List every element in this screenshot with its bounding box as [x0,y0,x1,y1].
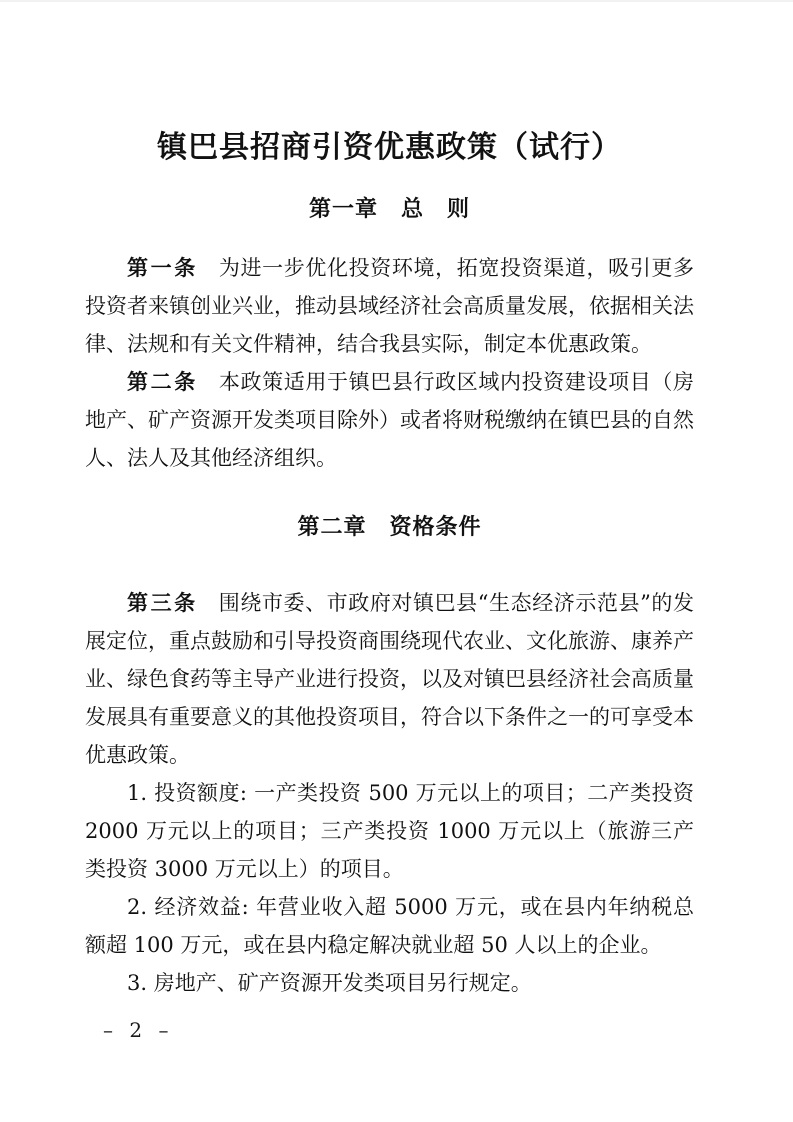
condition-item-1: 1. 投资额度: 一产类投资 500 万元以上的项目；二产类投资 2000 万元… [85,774,694,888]
document-title: 镇巴县招商引资优惠政策（试行） [85,126,694,170]
condition-item-2: 2. 经济效益: 年营业收入超 5000 万元，或在县内年纳税总额超 100 万… [85,888,694,964]
chapter-2-body: 第三条围绕市委、市政府对镇巴县“生态经济示范县”的发展定位，重点鼓励和引导投资商… [85,584,694,1002]
article-3-paragraph: 第三条围绕市委、市政府对镇巴县“生态经济示范县”的发展定位，重点鼓励和引导投资商… [85,584,694,774]
article-1-paragraph: 第一条为进一步优化投资环境，拓宽投资渠道，吸引更多投资者来镇创业兴业，推动县域经… [85,249,694,363]
page-number: – 2 – [103,1015,173,1045]
chapter-1-body: 第一条为进一步优化投资环境，拓宽投资渠道，吸引更多投资者来镇创业兴业，推动县域经… [85,249,694,477]
document-page: 镇巴县招商引资优惠政策（试行） 第一章 总 则 第一条为进一步优化投资环境，拓宽… [0,0,793,1122]
condition-item-3: 3. 房地产、矿产资源开发类项目另行规定。 [85,964,694,1002]
chapter-2-heading: 第二章 资格条件 [85,513,694,543]
article-3-text: 围绕市委、市政府对镇巴县“生态经济示范县”的发展定位，重点鼓励和引导投资商围绕现… [85,591,694,767]
chapter-1-heading: 第一章 总 则 [85,195,694,225]
article-2-label: 第二条 [127,370,198,394]
article-2-paragraph: 第二条本政策适用于镇巴县行政区域内投资建设项目（房地产、矿产资源开发类项目除外）… [85,363,694,477]
article-1-label: 第一条 [127,256,198,280]
article-3-label: 第三条 [127,591,198,615]
